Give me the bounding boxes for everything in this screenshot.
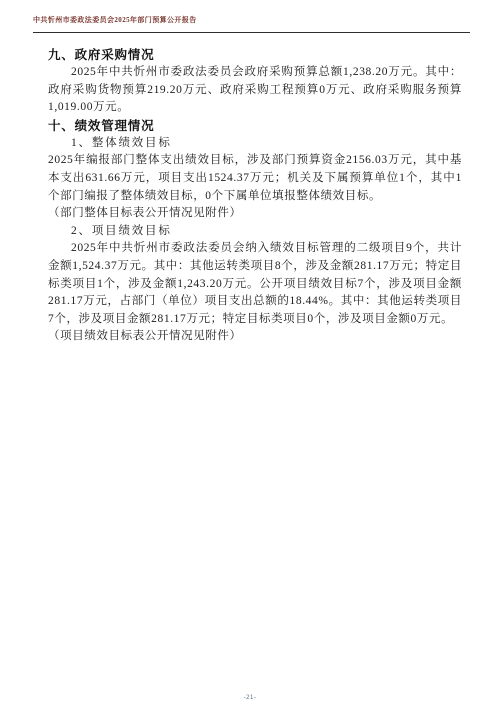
header-title: 中共忻州市委政法委员会2025年部门预算公开报告 xyxy=(33,16,197,24)
overall-target-paragraph: 2025年编报部门整体支出绩效目标，涉及部门预算资金2156.03万元，其中基本… xyxy=(48,152,462,205)
overall-target-note: （部门整体目标表公开情况见附件） xyxy=(48,205,462,223)
section-9-heading: 九、政府采购情况 xyxy=(48,46,462,64)
section-10-heading: 十、绩效管理情况 xyxy=(48,117,462,135)
section-9-paragraph: 2025年中共忻州市委政法委员会政府采购预算总额1,238.20万元。其中：政府… xyxy=(48,64,462,117)
page-number: -21- xyxy=(244,695,257,701)
project-target-note: （项目绩效目标表公开情况见附件） xyxy=(48,328,462,346)
project-target-paragraph: 2025年中共忻州市委政法委员会纳入绩效目标管理的二级项目9个，共计金额1,52… xyxy=(48,240,462,328)
project-target-subheading: 2、项目绩效目标 xyxy=(48,223,462,241)
document-header: 中共忻州市委政法委员会2025年部门预算公开报告 xyxy=(33,9,470,33)
overall-target-subheading: 1、整体绩效目标 xyxy=(48,135,462,153)
document-body: 九、政府采购情况 2025年中共忻州市委政法委员会政府采购预算总额1,238.2… xyxy=(48,46,462,346)
document-footer: -21- xyxy=(0,686,500,704)
document-page: 中共忻州市委政法委员会2025年部门预算公开报告 九、政府采购情况 2025年中… xyxy=(0,0,500,711)
